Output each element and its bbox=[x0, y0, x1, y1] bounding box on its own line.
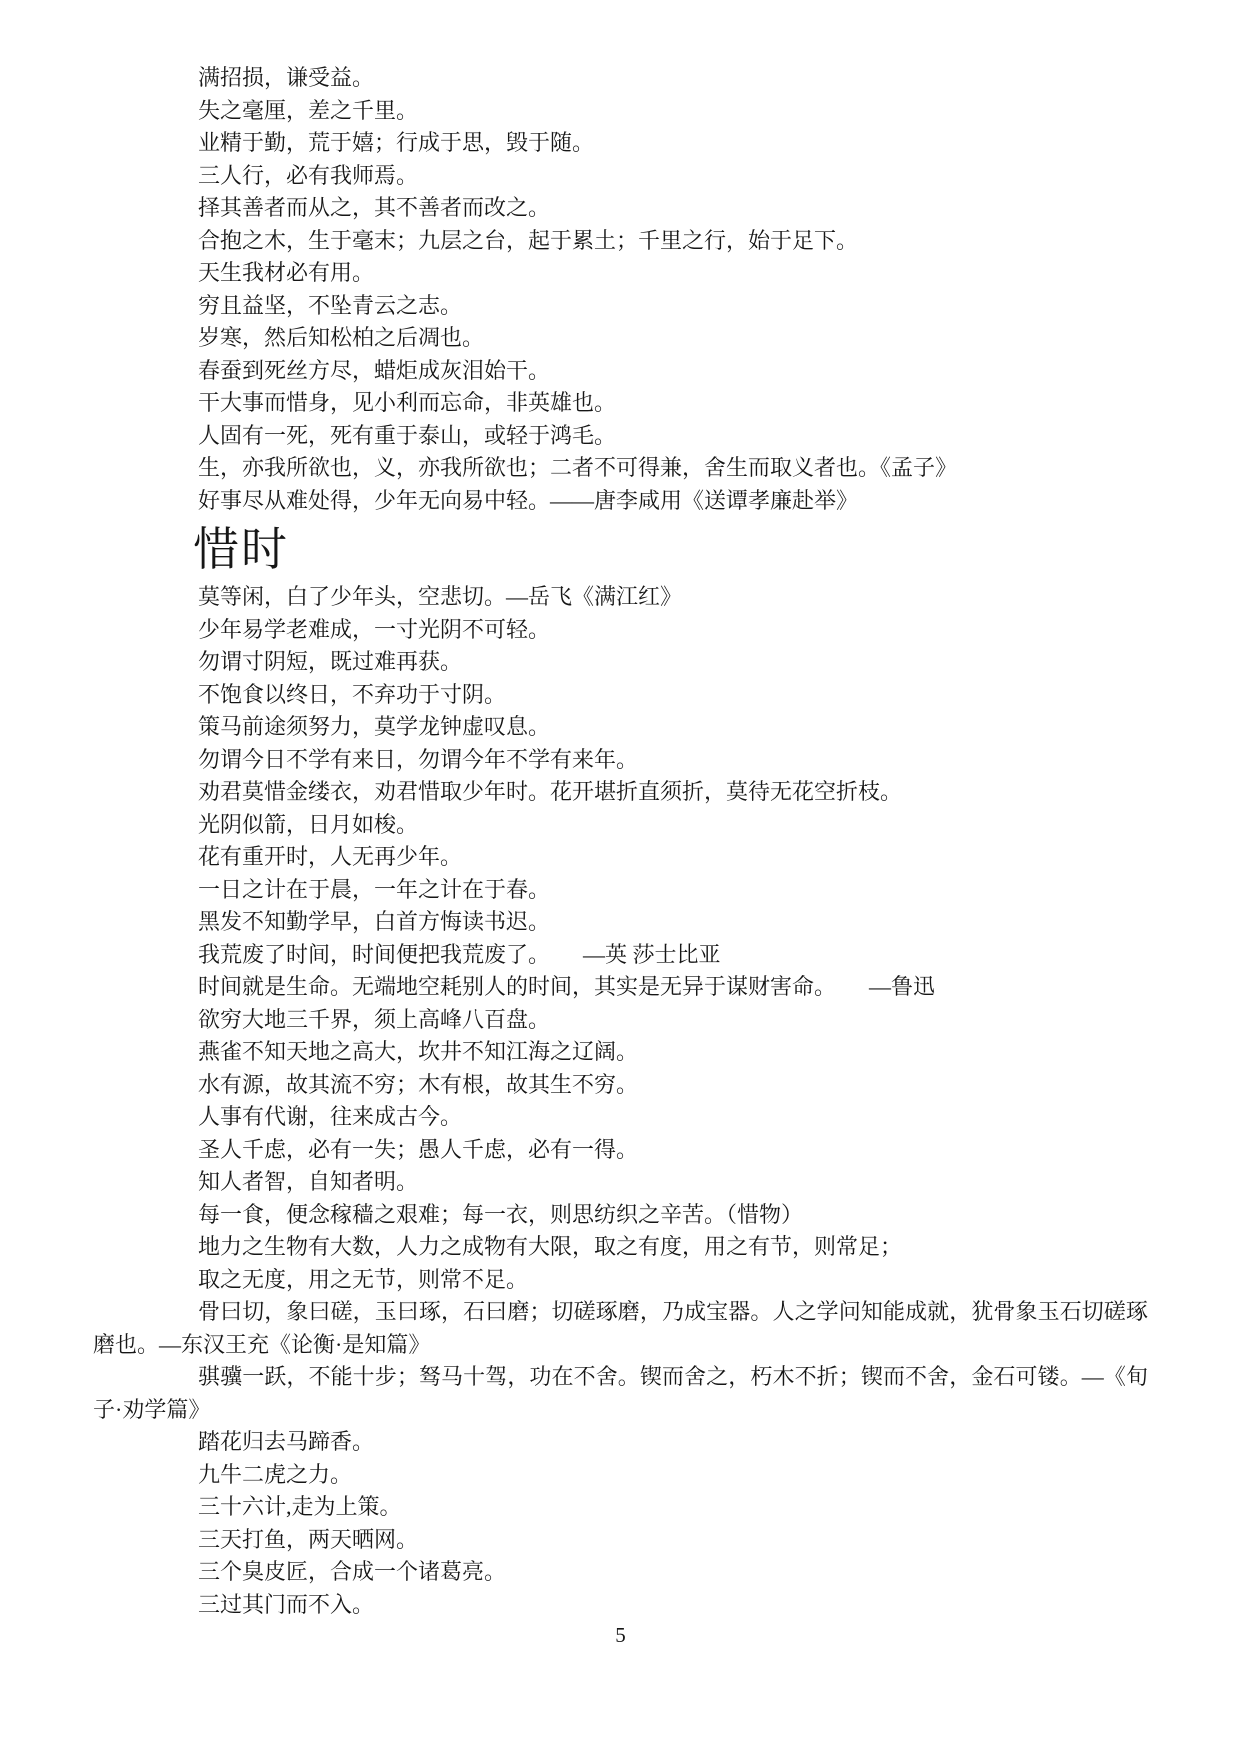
quote-line: 干大事而惜身，见小利而忘命，非英雄也。 bbox=[93, 387, 1148, 420]
quote-line: 莫等闲，白了少年头，空悲切。—岳飞《满江红》 bbox=[93, 581, 1148, 614]
quote-line: 穷且益坚，不坠青云之志。 bbox=[93, 290, 1148, 323]
quote-line: 策马前途须努力，莫学龙钟虚叹息。 bbox=[93, 711, 1148, 744]
quote-line: 燕雀不知天地之高大，坎井不知江海之辽阔。 bbox=[93, 1036, 1148, 1069]
section-heading-xishi: 惜时 bbox=[93, 521, 1148, 579]
quote-line: 水有源，故其流不穷；木有根，故其生不穷。 bbox=[93, 1069, 1148, 1102]
quote-line: 劝君莫惜金缕衣，劝君惜取少年时。花开堪折直须折，莫待无花空折枝。 bbox=[93, 776, 1148, 809]
quote-line: 择其善者而从之，其不善者而改之。 bbox=[93, 192, 1148, 225]
quote-line: 欲穷大地三千界，须上高峰八百盘。 bbox=[93, 1004, 1148, 1037]
quote-line: 不饱食以终日，不弃功于寸阴。 bbox=[93, 679, 1148, 712]
quote-line: 花有重开时，人无再少年。 bbox=[93, 841, 1148, 874]
quote-line: 三个臭皮匠，合成一个诸葛亮。 bbox=[93, 1556, 1148, 1589]
quote-line: 合抱之木，生于毫末；九层之台，起于累土；千里之行，始于足下。 bbox=[93, 225, 1148, 258]
quote-line: 骨曰切，象曰磋，玉曰琢，石曰磨；切磋琢磨，乃成宝器。人之学问知能成就，犹骨象玉石… bbox=[93, 1296, 1148, 1361]
quote-line: 天生我材必有用。 bbox=[93, 257, 1148, 290]
quote-line: 九牛二虎之力。 bbox=[93, 1459, 1148, 1492]
quote-line: 三天打鱼，两天晒网。 bbox=[93, 1524, 1148, 1557]
quote-line: 光阴似箭，日月如梭。 bbox=[93, 809, 1148, 842]
quote-line: 三人行，必有我师焉。 bbox=[93, 160, 1148, 193]
quote-line: 少年易学老难成，一寸光阴不可轻。 bbox=[93, 614, 1148, 647]
quote-line: 圣人千虑，必有一失；愚人千虑，必有一得。 bbox=[93, 1134, 1148, 1167]
quote-line: 岁寒，然后知松柏之后凋也。 bbox=[93, 322, 1148, 355]
quote-line: 黑发不知勤学早，白首方悔读书迟。 bbox=[93, 906, 1148, 939]
quote-line: 业精于勤，荒于嬉；行成于思，毁于随。 bbox=[93, 127, 1148, 160]
quote-line: 我荒废了时间，时间便把我荒废了。 —英 莎士比亚 bbox=[93, 939, 1148, 972]
quote-line: 三十六计,走为上策。 bbox=[93, 1491, 1148, 1524]
quote-line: 三过其门而不入。 bbox=[93, 1589, 1148, 1622]
quote-line: 勿谓今日不学有来日，勿谓今年不学有来年。 bbox=[93, 744, 1148, 777]
quote-line: 人固有一死，死有重于泰山，或轻于鸿毛。 bbox=[93, 420, 1148, 453]
quote-line: 满招损，谦受益。 bbox=[93, 62, 1148, 95]
quote-line: 生，亦我所欲也，义，亦我所欲也；二者不可得兼，舍生而取义者也。《孟子》 bbox=[93, 452, 1148, 485]
quote-line: 一日之计在于晨，一年之计在于春。 bbox=[93, 874, 1148, 907]
quote-line: 地力之生物有大数，人力之成物有大限，取之有度，用之有节，则常足； bbox=[93, 1231, 1148, 1264]
quote-line: 春蚕到死丝方尽，蜡炬成灰泪始干。 bbox=[93, 355, 1148, 388]
quote-line: 取之无度，用之无节，则常不足。 bbox=[93, 1264, 1148, 1297]
quote-line: 骐骥一跃，不能十步；驽马十驾，功在不舍。锲而舍之，朽木不折；锲而不舍，金石可镂。… bbox=[93, 1361, 1148, 1426]
quote-line: 勿谓寸阴短，既过难再获。 bbox=[93, 646, 1148, 679]
quote-line: 知人者智，自知者明。 bbox=[93, 1166, 1148, 1199]
quote-line: 人事有代谢，往来成古今。 bbox=[93, 1101, 1148, 1134]
quote-line: 每一食，便念稼穑之艰难；每一衣，则思纺织之辛苦。（惜物） bbox=[93, 1199, 1148, 1232]
document-page: 满招损，谦受益。 失之毫厘，差之千里。 业精于勤，荒于嬉；行成于思，毁于随。 三… bbox=[0, 0, 1241, 1754]
quote-line: 失之毫厘，差之千里。 bbox=[93, 95, 1148, 128]
quote-line: 踏花归去马蹄香。 bbox=[93, 1426, 1148, 1459]
quote-line: 好事尽从难处得，少年无向易中轻。——唐李咸用《送谭孝廉赴举》 bbox=[93, 485, 1148, 518]
page-number: 5 bbox=[0, 1620, 1241, 1650]
quote-line: 时间就是生命。无端地空耗别人的时间，其实是无异于谋财害命。 —鲁迅 bbox=[93, 971, 1148, 1004]
